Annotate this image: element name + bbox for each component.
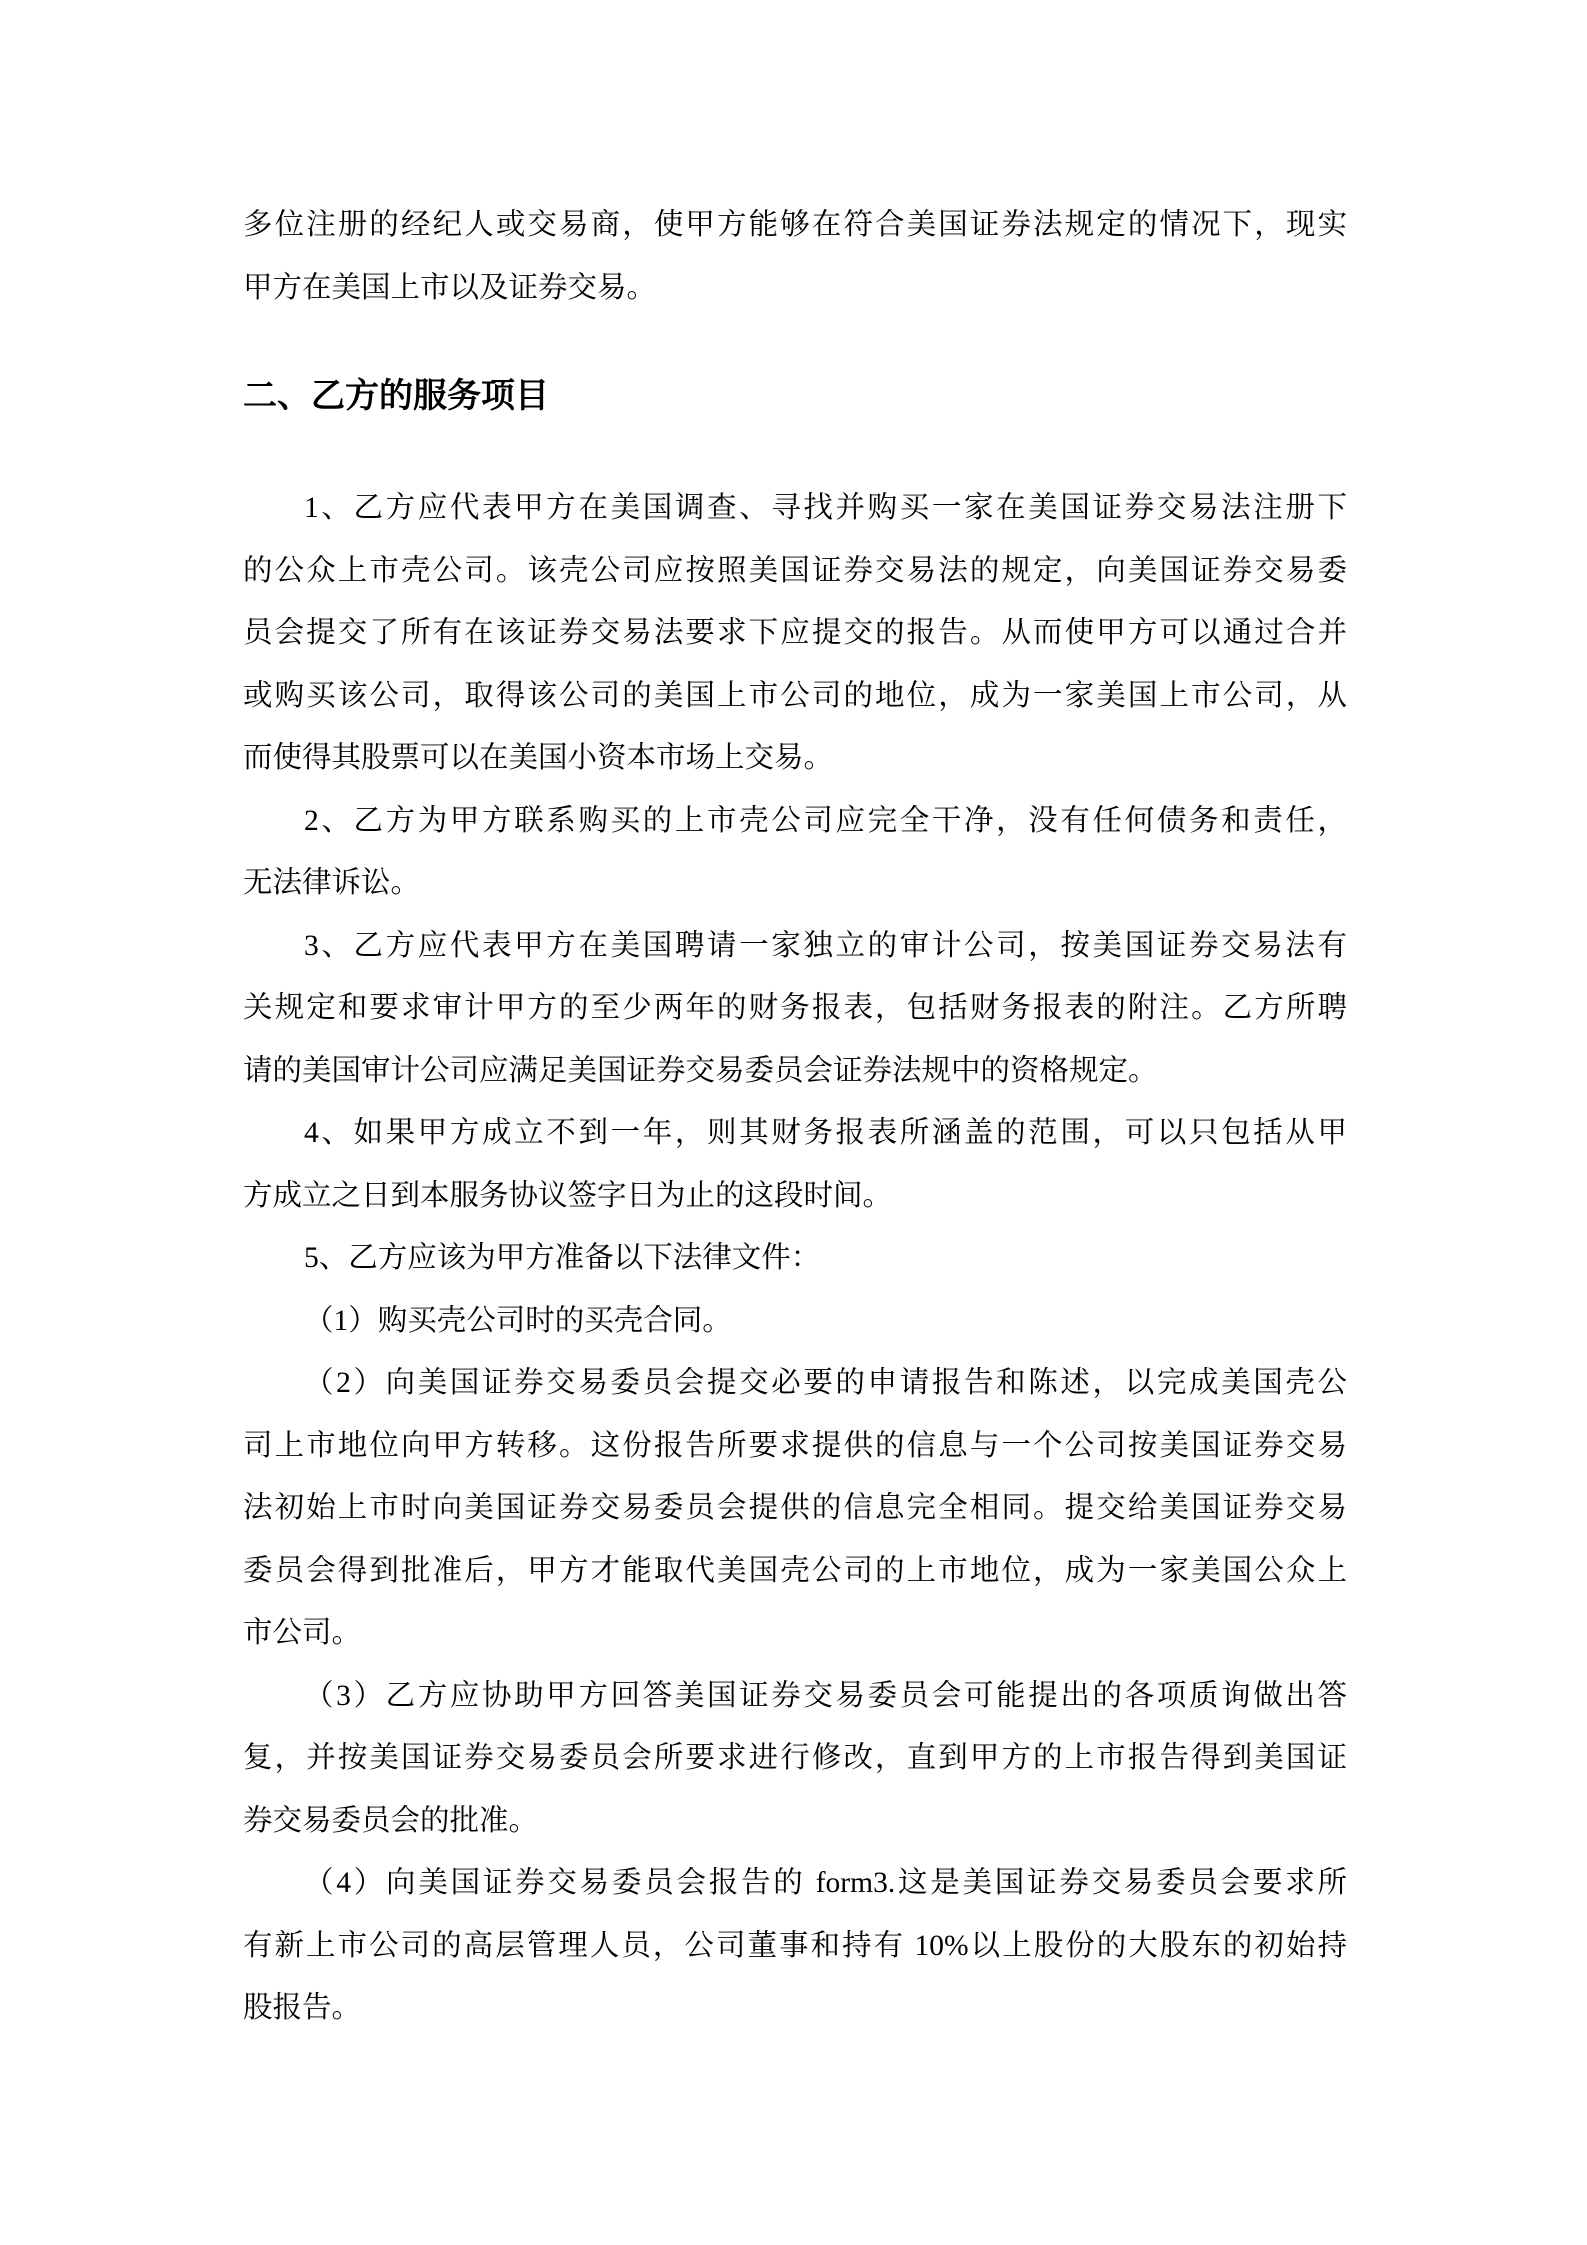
text-line: 而使得其股票可以在美国小资本市场上交易。 — [243, 727, 1347, 790]
text-line: 5、乙方应该为甲方准备以下法律文件： — [243, 1227, 1347, 1290]
text-line: 方成立之日到本服务协议签字日为止的这段时间。 — [243, 1165, 1347, 1228]
text-line: 市公司。 — [243, 1602, 1347, 1665]
text-line: 甲方在美国上市以及证券交易。 — [243, 257, 1347, 320]
text-line: 司上市地位向甲方转移。这份报告所要求提供的信息与一个公司按美国证券交易 — [243, 1415, 1347, 1478]
text-line: 股报告。 — [243, 1977, 1347, 2040]
text-line: 有新上市公司的高层管理人员，公司董事和持有 10%以上股份的大股东的初始持 — [243, 1915, 1347, 1978]
text-line: 复，并按美国证券交易委员会所要求进行修改，直到甲方的上市报告得到美国证 — [243, 1727, 1347, 1790]
text-line: 4、如果甲方成立不到一年，则其财务报表所涵盖的范围，可以只包括从甲 — [243, 1102, 1347, 1165]
text-line: 或购买该公司，取得该公司的美国上市公司的地位，成为一家美国上市公司，从 — [243, 665, 1347, 728]
document-page: 多位注册的经纪人或交易商，使甲方能够在符合美国证券法规定的情况下，现实甲方在美国… — [0, 0, 1587, 2245]
text-line: （1）购买壳公司时的买壳合同。 — [243, 1290, 1347, 1353]
text-line: 法初始上市时向美国证券交易委员会提供的信息完全相同。提交给美国证券交易 — [243, 1477, 1347, 1540]
text-line: 3、乙方应代表甲方在美国聘请一家独立的审计公司，按美国证券交易法有 — [243, 915, 1347, 978]
document-content: 多位注册的经纪人或交易商，使甲方能够在符合美国证券法规定的情况下，现实甲方在美国… — [243, 194, 1347, 2040]
text-line: （2）向美国证券交易委员会提交必要的申请报告和陈述，以完成美国壳公 — [243, 1352, 1347, 1415]
text-line: （3）乙方应协助甲方回答美国证券交易委员会可能提出的各项质询做出答 — [243, 1665, 1347, 1728]
text-line: 请的美国审计公司应满足美国证券交易委员会证券法规中的资格规定。 — [243, 1040, 1347, 1103]
text-line: 委员会得到批准后，甲方才能取代美国壳公司的上市地位，成为一家美国公众上 — [243, 1540, 1347, 1603]
text-line: 员会提交了所有在该证券交易法要求下应提交的报告。从而使甲方可以通过合并 — [243, 602, 1347, 665]
text-line: 1、乙方应代表甲方在美国调查、寻找并购买一家在美国证券交易法注册下 — [243, 477, 1347, 540]
text-line: 无法律诉讼。 — [243, 852, 1347, 915]
section-heading: 二、乙方的服务项目 — [243, 365, 1347, 427]
text-line: 多位注册的经纪人或交易商，使甲方能够在符合美国证券法规定的情况下，现实 — [243, 194, 1347, 257]
text-line: 关规定和要求审计甲方的至少两年的财务报表，包括财务报表的附注。乙方所聘 — [243, 977, 1347, 1040]
text-line: 券交易委员会的批准。 — [243, 1790, 1347, 1853]
text-line: （4）向美国证券交易委员会报告的 form3.这是美国证券交易委员会要求所 — [243, 1852, 1347, 1915]
text-line: 2、乙方为甲方联系购买的上市壳公司应完全干净，没有任何债务和责任， — [243, 790, 1347, 853]
text-line: 的公众上市壳公司。该壳公司应按照美国证券交易法的规定，向美国证券交易委 — [243, 540, 1347, 603]
